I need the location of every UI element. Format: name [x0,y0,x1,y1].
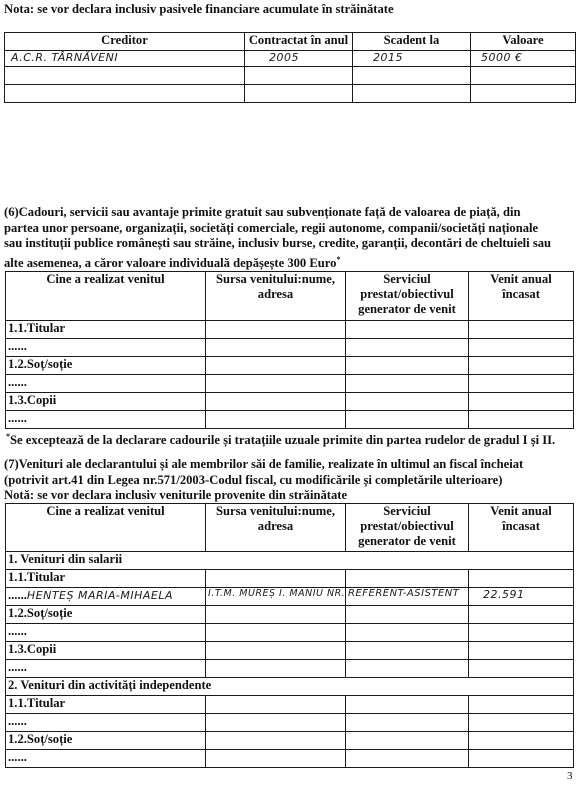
source-cell[interactable] [206,375,346,393]
col-due: Scadent la [353,33,471,51]
service-cell[interactable] [346,357,469,375]
table-row: 1.1.Titular [6,570,574,588]
table-row: 1.1.Titular [6,696,574,714]
col-contracted-year: Contractat în anul [245,33,353,51]
due-cell[interactable] [353,67,471,85]
amount-cell[interactable] [469,357,574,375]
service-cell[interactable] [346,624,469,642]
section-independent: 2. Venituri din activități independente [6,678,574,696]
table-row: ...... [6,750,574,768]
row-label: 1.1.Titular [6,570,206,588]
gifts-table: Cine a realizat venitul Sursa venitului:… [5,271,574,429]
source-cell[interactable] [206,714,346,732]
amount-cell[interactable] [469,339,574,357]
source-cell[interactable] [206,642,346,660]
row-label: ...... [6,375,206,393]
table-row: ...... [6,714,574,732]
service-cell[interactable] [346,660,469,678]
footnote-text: Se exceptează de la declarare cadourile … [10,433,555,447]
table-row [5,67,576,85]
col-who: Cine a realizat venitul [6,272,206,321]
amount-cell[interactable] [469,393,574,411]
amount-cell[interactable] [469,642,574,660]
amount-cell[interactable] [469,570,574,588]
source-cell[interactable] [206,411,346,429]
row-label: 1.3.Copii [6,642,206,660]
service-cell[interactable] [346,696,469,714]
service-cell[interactable] [346,393,469,411]
service-cell[interactable] [346,732,469,750]
heading-line: alte asemenea, a căror valoare individua… [4,252,551,272]
col-annual-income: Venit anual încasat [469,272,574,321]
source-cell[interactable] [206,321,346,339]
col-source: Sursa venitului:nume, adresa [206,504,346,552]
service-cell[interactable] [346,606,469,624]
table-row: 1.2.Soț/soție [6,357,574,375]
page-number: 3 [567,770,573,782]
heading-line: (7)Venituri ale declarantului și ale mem… [4,457,523,473]
source-cell[interactable] [206,732,346,750]
row-label: ...... [6,750,206,768]
amount-cell[interactable] [469,732,574,750]
row-label: ...... [6,714,206,732]
value-cell[interactable] [471,85,576,103]
earner-name[interactable]: HENTEȘ MARIA-MIHAELA [27,589,173,602]
gifts-heading: (6)Cadouri, servicii sau avantaje primit… [4,205,551,271]
service-cell[interactable] [346,642,469,660]
heading-line: sau instituții publice românești sau str… [4,236,551,252]
service-cell[interactable] [346,570,469,588]
source-cell[interactable] [206,696,346,714]
due-cell[interactable]: 2015 [353,51,471,67]
source-cell[interactable] [206,660,346,678]
row-label: ...... [6,624,206,642]
source-cell[interactable] [206,624,346,642]
table-row: 1.3.Copii [6,393,574,411]
service-cell[interactable] [346,339,469,357]
table-row: ...... [6,411,574,429]
heading-line: Notă: se vor declara inclusiv veniturile… [4,488,523,504]
row-label: 1.2.Soț/soție [6,732,206,750]
heading-line: (6)Cadouri, servicii sau avantaje primit… [4,205,551,221]
contracted-cell[interactable]: 2005 [245,51,353,67]
amount-cell[interactable] [469,624,574,642]
heading-line-text: alte asemenea, a căror valoare individua… [4,256,336,270]
row-label: 1.2.Soț/soție [6,357,206,375]
table-row: 1.2.Soț/soție [6,606,574,624]
table-row: ...... [6,624,574,642]
source-cell[interactable] [206,606,346,624]
section-salaries: 1. Venituri din salarii [6,552,574,570]
amount-cell[interactable]: 22.591 [469,588,574,606]
footnote-marker: * [336,255,340,264]
due-cell[interactable] [353,85,471,103]
row-label: 1.1.Titular [6,696,206,714]
amount-cell[interactable] [469,606,574,624]
col-value: Valoare [471,33,576,51]
row-label: ......HENTEȘ MARIA-MIHAELA [6,588,206,606]
income-heading: (7)Venituri ale declarantului și ale mem… [4,457,523,504]
table-row: ...... [6,339,574,357]
amount-cell[interactable] [469,750,574,768]
row-label: 1.2.Soț/soție [6,606,206,624]
amount-cell[interactable] [469,660,574,678]
row-label: ...... [6,339,206,357]
service-cell[interactable] [346,411,469,429]
service-cell[interactable] [346,750,469,768]
col-service: Serviciul prestat/obiectivul generator d… [346,272,469,321]
source-cell[interactable]: I.T.M. MUREȘ I. MANIU NR.2 [206,588,346,606]
table-row: 1.3.Copii [6,642,574,660]
heading-line: partea unor persoane, organizații, socie… [4,221,551,237]
amount-cell[interactable] [469,411,574,429]
contracted-cell[interactable] [245,67,353,85]
service-cell[interactable] [346,321,469,339]
table-row [5,85,576,103]
row-label: ...... [6,660,206,678]
creditor-cell[interactable] [5,85,245,103]
table-row: ......HENTEȘ MARIA-MIHAELA I.T.M. MUREȘ … [6,588,574,606]
creditor-cell[interactable] [5,67,245,85]
value-cell[interactable]: 5000 € [471,51,576,67]
amount-cell[interactable] [469,714,574,732]
amount-cell[interactable] [469,321,574,339]
row-label: 1.1.Titular [6,321,206,339]
table-row: ...... [6,375,574,393]
source-cell[interactable] [206,393,346,411]
liabilities-table: Creditor Contractat în anul Scadent la V… [4,32,576,103]
col-who: Cine a realizat venitul [6,504,206,552]
income-table: Cine a realizat venitul Sursa venitului:… [5,503,574,768]
source-cell[interactable] [206,339,346,357]
liabilities-note: Nota: se vor declara inclusiv pasivele f… [4,2,394,18]
heading-line: (potrivit art.41 din Legea nr.571/2003-C… [4,473,523,489]
row-label: 1.3.Copii [6,393,206,411]
contracted-cell[interactable] [245,85,353,103]
row-label: ...... [6,411,206,429]
table-row: A.C.R. TÂRNĂVENI 2005 2015 5000 € [5,51,576,67]
row-label-text: ...... [8,588,27,602]
col-creditor: Creditor [5,33,245,51]
source-cell[interactable] [206,570,346,588]
amount-cell[interactable] [469,696,574,714]
creditor-cell[interactable]: A.C.R. TÂRNĂVENI [5,51,245,67]
gifts-footnote: *Se exceptează de la declarare cadourile… [6,429,555,449]
table-row: 1.2.Soț/soție [6,732,574,750]
col-annual-income: Venit anual încasat [469,504,574,552]
source-cell[interactable] [206,750,346,768]
table-row: ...... [6,660,574,678]
table-row: 1.1.Titular [6,321,574,339]
col-service: Serviciul prestat/obiectivul generator d… [346,504,469,552]
service-cell[interactable] [346,375,469,393]
value-cell[interactable] [471,67,576,85]
service-cell[interactable] [346,714,469,732]
service-cell[interactable]: REFERENT-ASISTENT [346,588,469,606]
amount-cell[interactable] [469,375,574,393]
source-cell[interactable] [206,357,346,375]
col-source: Sursa venitului:nume, adresa [206,272,346,321]
